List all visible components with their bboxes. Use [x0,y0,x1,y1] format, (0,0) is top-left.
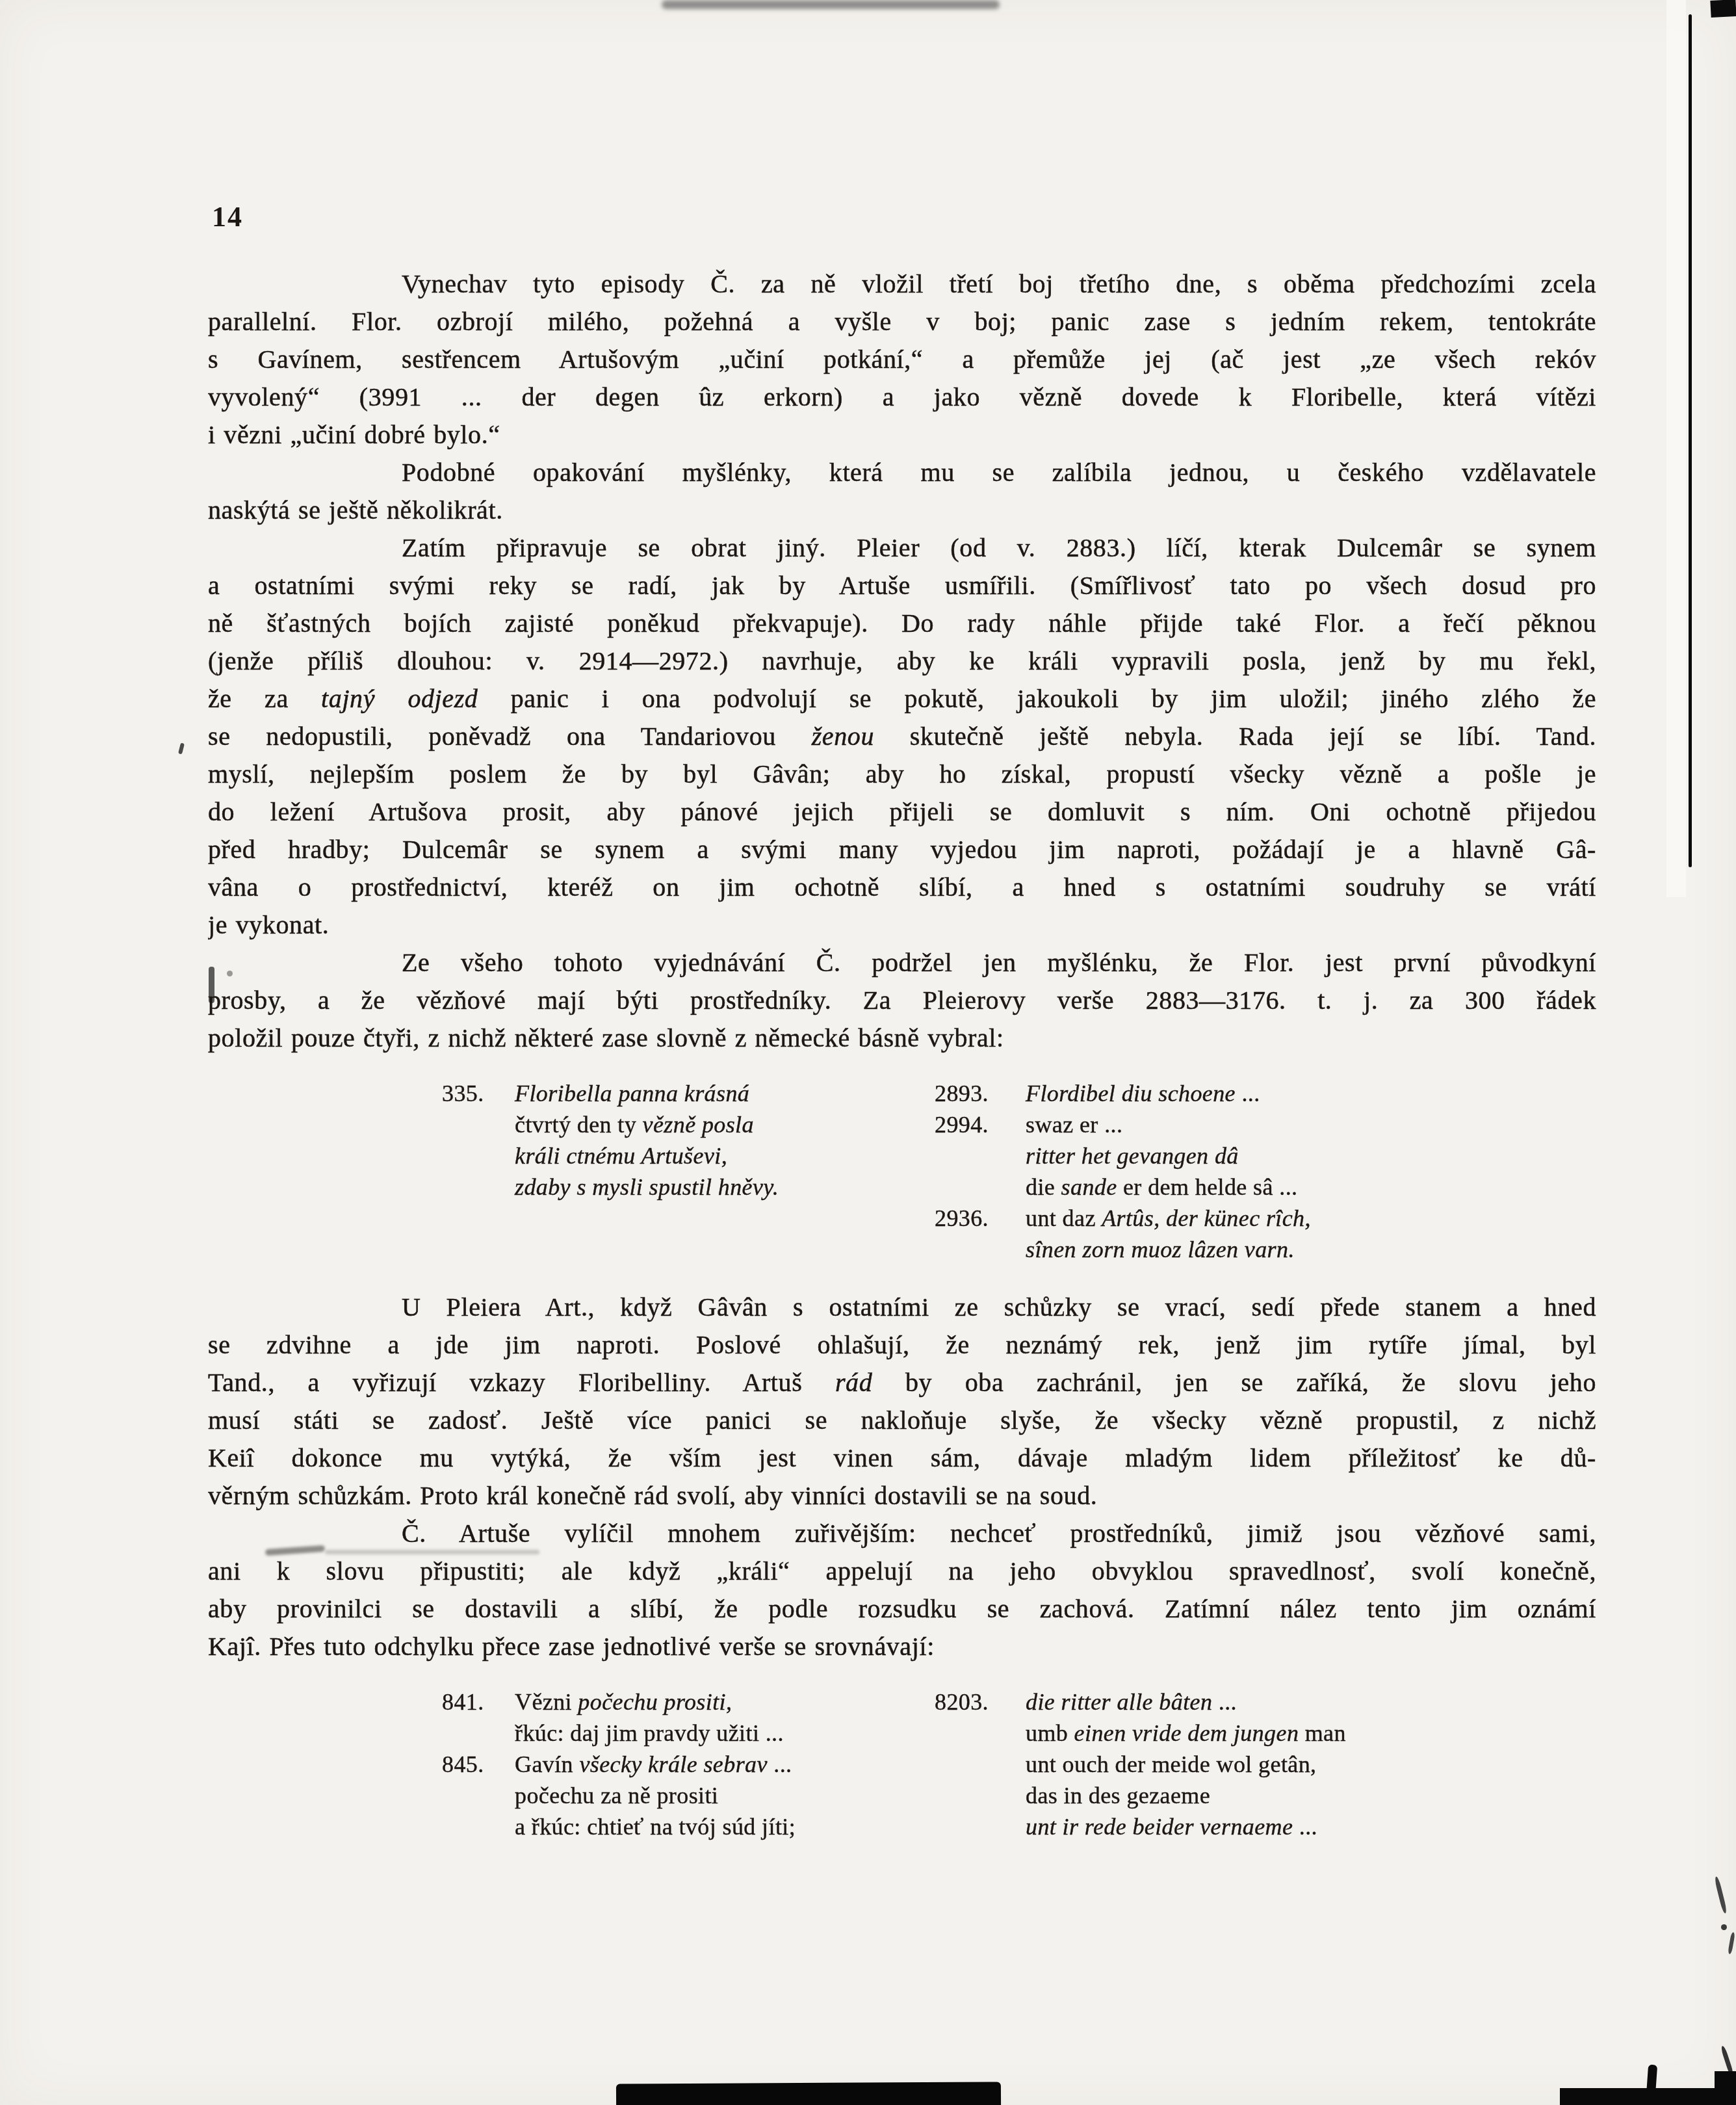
verse-text: unt ouch der meide wol getân, [1026,1749,1316,1780]
verse-number: 841. [442,1686,515,1718]
text-run: vâna o prostřednictví, kteréž on jim och… [208,872,1596,902]
verse-number [935,1234,1026,1265]
text-line: se nedopustili, poněvadž ona Tandariovou… [208,718,1596,755]
verse-line: 8203.die ritter alle bâten ... [935,1686,1596,1718]
text-line: a ostatními svými reky se radí, jak by A… [208,567,1596,605]
scan-bar-bottom [616,2082,1001,2105]
verse-line: králi ctnému Artuševi, [442,1140,935,1171]
verse-text: sînen zorn muoz lâzen varn. [1026,1234,1295,1265]
text-line: Č. Artuše vylíčil mnohem zuřivějším: nec… [208,1515,1596,1552]
text-run: ... [768,1751,792,1777]
text-run: se nedopustili, poněvadž ona Tandariovou [208,722,812,751]
italic-text-run: die ritter alle bâten [1026,1689,1212,1715]
verse-line: zdaby s mysli spustil hněvy. [442,1171,935,1203]
text-line: U Pleiera Art., když Gâvân s ostatními z… [208,1288,1596,1326]
verse-line: 2994.swaz er ... [935,1109,1596,1140]
verse-comparison: 841.Vězni počechu prositi,řkúc: daj jim … [442,1686,1596,1842]
pencil-dot-right [1721,1924,1727,1930]
text-line: že za tajný odjezd panic i ona podvolují… [208,680,1596,718]
text-run: umb [1026,1720,1074,1746]
text-line: i vězni „učiní dobré bylo.“ [208,416,1596,454]
verse-column-german: 2893.Flordibel diu schoene ...2994.swaz … [935,1078,1596,1265]
verse-number [442,1780,515,1811]
text-run: er dem helde sâ ... [1117,1174,1298,1200]
text-run: do ležení Artušova prosit, aby pánové je… [208,797,1596,826]
italic-text-run: rád [835,1368,872,1397]
verse-number [935,1780,1026,1811]
text-run: před hradby; Dulcemâr se synem a svými m… [208,835,1596,864]
text-line: do ležení Artušova prosit, aby pánové je… [208,793,1596,831]
verse-number: 8203. [935,1686,1026,1718]
italic-text-run: tajný odjezd [321,684,478,713]
book-page: 14 Vynechav tyto episody Č. za ně vložil… [0,0,1736,2105]
text-line: položil pouze čtyři, z nichž některé zas… [208,1019,1596,1057]
text-run: Vynechav tyto episody Č. za ně vložil tř… [402,269,1596,298]
paragraph: Č. Artuše vylíčil mnohem zuřivějším: nec… [208,1515,1596,1666]
verse-line: počechu za ně prositi [442,1780,935,1811]
verse-line: 841.Vězni počechu prositi, [442,1686,935,1718]
verse-text: Flordibel diu schoene ... [1026,1078,1260,1109]
verse-comparison: 335.Floribella panna krásnáčtvrtý den ty… [442,1078,1596,1265]
text-run: vyvolený“ (3991 ... der degen ûz erkorn)… [208,382,1596,412]
text-run: ani k slovu připustiti; ale když „králi“… [208,1556,1596,1586]
page-edge-right [1666,0,1686,897]
text-run: čtvrtý den ty [515,1112,643,1138]
text-run: Gavín [515,1751,579,1777]
italic-text-run: unt ir rede beider vernaeme [1026,1814,1293,1840]
text-run: věrným schůzkám. Proto král konečně rád … [208,1481,1097,1510]
verse-number [935,1140,1026,1171]
verse-line: ritter het gevangen dâ [935,1140,1596,1171]
verse-number [935,1749,1026,1780]
verse-text: umb einen vride dem jungen man [1026,1718,1346,1749]
italic-text-run: králi ctnému Artuševi, [515,1143,727,1169]
text-line: věrným schůzkám. Proto král konečně rád … [208,1477,1596,1515]
verse-line: 2893.Flordibel diu schoene ... [935,1078,1596,1109]
verse-line: umb einen vride dem jungen man [935,1718,1596,1749]
verse-line: 2936.unt daz Artûs, der künec rîch, [935,1203,1596,1234]
text-run: Podobné opakování myšlénky, která mu se … [402,458,1596,487]
text-line: před hradby; Dulcemâr se synem a svými m… [208,831,1596,869]
verse-text: Gavín všecky krále sebrav ... [515,1749,792,1780]
text-run: Č. Artuše vylíčil mnohem zuřivějším: nec… [402,1519,1596,1548]
verse-number [442,1171,515,1203]
verse-number [442,1718,515,1749]
scan-corner-bottom-right [1715,2071,1736,2105]
text-run: Keiî dokonce mu vytýká, že vším jest vin… [208,1443,1596,1472]
verse-text: počechu za ně prositi [515,1780,718,1811]
text-line: ani k slovu připustiti; ale když „králi“… [208,1552,1596,1590]
text-run: ně šťastných bojích zajisté poněkud přek… [208,608,1596,638]
text-line: vâna o prostřednictví, kteréž on jim och… [208,869,1596,906]
text-line: Keiî dokonce mu vytýká, že vším jest vin… [208,1439,1596,1477]
text-run: s Gavínem, sestřencem Artušovým „učiní p… [208,345,1596,374]
verse-text: ritter het gevangen dâ [1026,1140,1239,1171]
verse-line: 335.Floribella panna krásná [442,1078,935,1109]
text-line: naskýtá se ještě několikrát. [208,491,1596,529]
text-run: ... [1293,1814,1317,1840]
text-run: unt ouch der meide wol getân, [1026,1751,1316,1777]
text-line: s Gavínem, sestřencem Artušovým „učiní p… [208,341,1596,378]
text-run: Ze všeho tohoto vyjednávání Č. podržel j… [402,948,1596,977]
text-run: U Pleiera Art., když Gâvân s ostatními z… [402,1292,1596,1322]
text-run: (jenže příliš dlouhou: v. 2914—2972.) na… [208,646,1596,675]
italic-text-run: počechu prositi, [578,1689,732,1715]
text-line: (jenže příliš dlouhou: v. 2914—2972.) na… [208,642,1596,680]
verse-text: das in des gezaeme [1026,1780,1210,1811]
text-run: počechu za ně prositi [515,1783,718,1809]
verse-text: a řkúc: chtieť na tvój súd jíti; [515,1811,796,1842]
scan-line-right-edge [1689,14,1692,867]
verse-column-czech: 841.Vězni počechu prositi,řkúc: daj jim … [442,1686,935,1842]
text-run: ... [1236,1080,1260,1106]
text-run: musí státi se zadosť. Ještě více panici … [208,1406,1596,1435]
text-run: a řkúc: chtieť na tvój súd jíti; [515,1814,796,1840]
italic-text-run: sînen zorn muoz lâzen varn. [1026,1236,1295,1262]
verse-line: 845.Gavín všecky krále sebrav ... [442,1749,935,1780]
verse-number: 2936. [935,1203,1026,1234]
text-run: a ostatními svými reky se radí, jak by A… [208,571,1596,600]
verse-number: 2994. [935,1109,1026,1140]
verse-number: 335. [442,1078,515,1109]
verse-text: die sande er dem helde sâ ... [1026,1171,1298,1203]
text-run: man [1299,1720,1346,1746]
italic-text-run: ženou [812,722,874,751]
verse-line: unt ouch der meide wol getân, [935,1749,1596,1780]
verse-column-german: 8203.die ritter alle bâten ...umb einen … [935,1686,1596,1842]
text-line: se zdvihne a jde jim naproti. Poslové oh… [208,1326,1596,1364]
verse-text: králi ctnému Artuševi, [515,1140,727,1171]
verse-text: unt daz Artûs, der künec rîch, [1026,1203,1311,1234]
italic-text-run: zdaby s mysli spustil hněvy. [515,1174,779,1200]
ink-tick-left-margin [178,743,185,755]
text-line: ně šťastných bojích zajisté poněkud přek… [208,605,1596,642]
page-number: 14 [212,200,243,233]
verse-number [442,1140,515,1171]
text-run: myslí, nejlepším poslem že by byl Gâvân;… [208,759,1596,789]
paragraph: U Pleiera Art., když Gâvân s ostatními z… [208,1288,1596,1515]
text-run: aby provinilci se dostavili a slíbí, že … [208,1594,1596,1623]
text-run: panic i ona podvolují se pokutě, jakouko… [478,684,1596,713]
verse-number: 2893. [935,1078,1026,1109]
text-line: Zatím připravuje se obrat jiný. Pleier (… [208,529,1596,567]
text-run: skutečně ještě nebyla. Rada její se líbí… [874,722,1596,751]
text-run: das in des gezaeme [1026,1783,1210,1809]
verse-text: čtvrtý den ty vězně posla [515,1109,754,1140]
verse-number: 845. [442,1749,515,1780]
verse-number [935,1811,1026,1842]
text-run: Zatím připravuje se obrat jiný. Pleier (… [402,533,1596,562]
italic-text-run: Artûs, der künec rîch, [1102,1205,1311,1231]
text-run: položil pouze čtyři, z nichž některé zas… [208,1023,1004,1052]
text-line: Tand., a vyřizují vzkazy Floribelliny. A… [208,1364,1596,1402]
scan-smudge-top [662,0,1000,9]
verse-text: Floribella panna krásná [515,1078,749,1109]
verse-number [442,1811,515,1842]
verse-line: a řkúc: chtieť na tvój súd jíti; [442,1811,935,1842]
verse-line: das in des gezaeme [935,1780,1596,1811]
verse-line: sînen zorn muoz lâzen varn. [935,1234,1596,1265]
italic-text-run: Flordibel diu schoene [1026,1080,1236,1106]
verse-line: unt ir rede beider vernaeme ... [935,1811,1596,1842]
text-run: je vykonat. [208,910,329,939]
verse-number [935,1171,1026,1203]
verse-line: řkúc: daj jim pravdy užiti ... [442,1718,935,1749]
italic-text-run: vězně posla [643,1112,754,1138]
text-run: Vězni [515,1689,578,1715]
verse-text: unt ir rede beider vernaeme ... [1026,1811,1317,1842]
text-run: prosby, a že vězňové mají býti prostředn… [208,986,1596,1015]
verse-text: řkúc: daj jim pravdy užiti ... [515,1718,784,1749]
text-line: musí státi se zadosť. Ještě více panici … [208,1402,1596,1439]
text-flow: Vynechav tyto episody Č. za ně vložil tř… [208,265,1596,1866]
verse-text: Vězni počechu prositi, [515,1686,732,1718]
text-line: prosby, a že vězňové mají býti prostředn… [208,982,1596,1019]
text-run: Tand., a vyřizují vzkazy Floribelliny. A… [208,1368,835,1397]
text-run: swaz er ... [1026,1112,1122,1138]
text-run: se zdvihne a jde jim naproti. Poslové oh… [208,1330,1596,1359]
verse-text: zdaby s mysli spustil hněvy. [515,1171,779,1203]
pencil-mark-right-2 [1728,1932,1735,1955]
text-run: parallelní. Flor. ozbrojí milého, požehn… [208,307,1596,336]
verse-number [935,1718,1026,1749]
text-line: myslí, nejlepším poslem že by byl Gâvân;… [208,755,1596,793]
text-run: unt daz [1026,1205,1102,1231]
verse-line: čtvrtý den ty vězně posla [442,1109,935,1140]
verse-line: die sande er dem helde sâ ... [935,1171,1596,1203]
italic-text-run: einen vride dem jungen [1074,1720,1299,1746]
text-line: Kajî. Přes tuto odchylku přece zase jedn… [208,1628,1596,1666]
text-line: parallelní. Flor. ozbrojí milého, požehn… [208,303,1596,341]
text-run: naskýtá se ještě několikrát. [208,495,503,525]
text-run: die [1026,1174,1061,1200]
verse-text: die ritter alle bâten ... [1026,1686,1237,1718]
text-line: Podobné opakování myšlénky, která mu se … [208,454,1596,491]
text-line: aby provinilci se dostavili a slíbí, že … [208,1590,1596,1628]
scan-mark-top-right [1710,0,1736,18]
text-line: Vynechav tyto episody Č. za ně vložil tř… [208,265,1596,303]
verse-number [442,1109,515,1140]
text-run: že za [208,684,321,713]
text-run: Kajî. Přes tuto odchylku přece zase jedn… [208,1632,935,1661]
italic-text-run: všecky krále sebrav [579,1751,767,1777]
paragraph: Vynechav tyto episody Č. za ně vložil tř… [208,265,1596,454]
paragraph: Podobné opakování myšlénky, která mu se … [208,454,1596,529]
text-line: Ze všeho tohoto vyjednávání Č. podržel j… [208,944,1596,982]
paragraph: Zatím připravuje se obrat jiný. Pleier (… [208,529,1596,944]
pencil-mark-right-1 [1714,1876,1728,1914]
verse-text: swaz er ... [1026,1109,1122,1140]
italic-text-run: Floribella panna krásná [515,1080,749,1106]
text-run: řkúc: daj jim pravdy užiti ... [515,1720,784,1746]
verse-column-czech: 335.Floribella panna krásnáčtvrtý den ty… [442,1078,935,1265]
text-run: i vězni „učiní dobré bylo.“ [208,420,500,449]
text-run: ... [1212,1689,1237,1715]
paragraph: Ze všeho tohoto vyjednávání Č. podržel j… [208,944,1596,1057]
text-line: vyvolený“ (3991 ... der degen ûz erkorn)… [208,378,1596,416]
text-line: je vykonat. [208,906,1596,944]
text-run: by oba zachránil, jen se zaříká, že slov… [872,1368,1596,1397]
italic-text-run: ritter het gevangen dâ [1026,1143,1239,1169]
italic-text-run: sande [1061,1174,1117,1200]
